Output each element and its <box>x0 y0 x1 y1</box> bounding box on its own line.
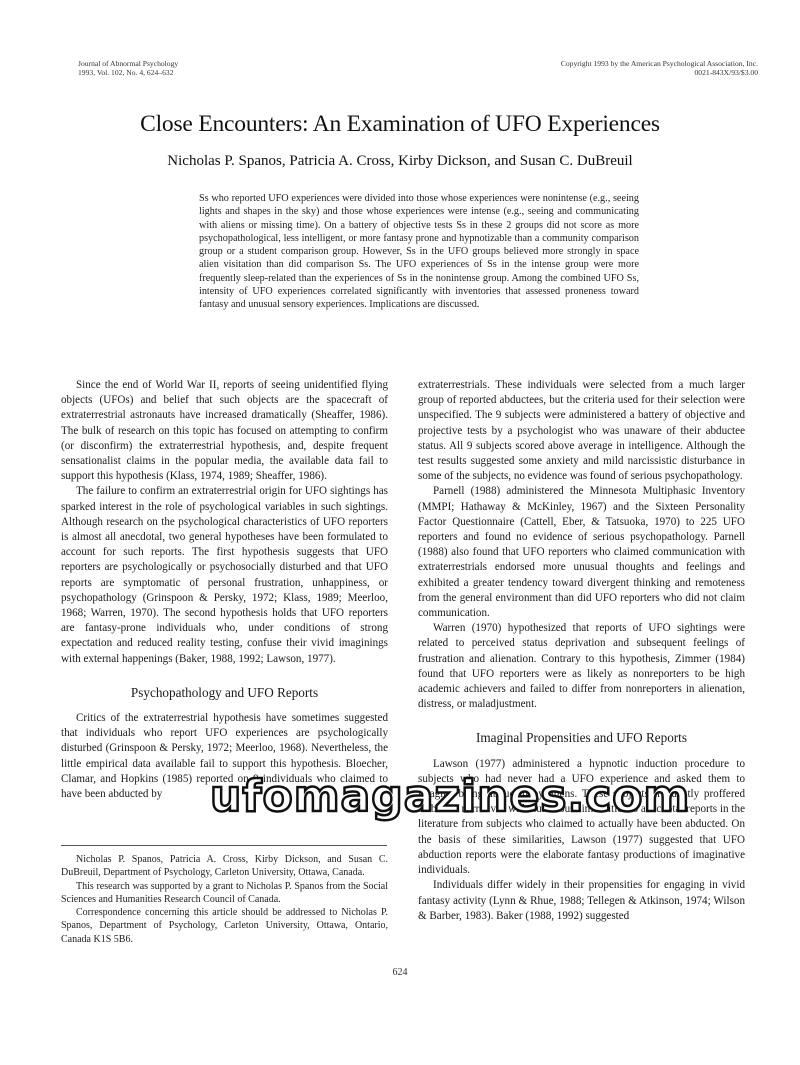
footnotes: Nicholas P. Spanos, Patricia A. Cross, K… <box>61 853 388 946</box>
watermark: ufomagazines.com <box>210 775 690 819</box>
journal-citation: Journal of Abnormal Psychology 1993, Vol… <box>78 60 178 77</box>
footnote-funding: This research was supported by a grant t… <box>61 880 388 907</box>
article-title: Close Encounters: An Examination of UFO … <box>0 111 800 138</box>
footnote-correspondence: Correspondence concerning this article s… <box>61 906 388 946</box>
footnote-affiliation: Nicholas P. Spanos, Patricia A. Cross, K… <box>61 853 388 880</box>
paragraph: Individuals differ widely in their prope… <box>418 878 745 924</box>
paragraph: Since the end of World War II, reports o… <box>61 378 388 484</box>
copyright-notice: Copyright 1993 by the American Psycholog… <box>561 60 758 77</box>
journal-volume: 1993, Vol. 102, No. 4, 624–632 <box>78 69 178 78</box>
paragraph: extraterrestrials. These individuals wer… <box>418 378 745 484</box>
abstract: Ss who reported UFO experiences were div… <box>199 192 639 312</box>
section-heading: Imaginal Propensities and UFO Reports <box>418 730 745 745</box>
paragraph: Warren (1970) hypothesized that reports … <box>418 621 745 712</box>
author-list: Nicholas P. Spanos, Patricia A. Cross, K… <box>0 153 800 170</box>
page-number: 624 <box>0 967 800 978</box>
right-column: extraterrestrials. These individuals wer… <box>418 378 745 924</box>
footnote-divider <box>61 845 387 846</box>
issn-code: 0021-843X/93/$3.00 <box>561 69 758 78</box>
paragraph: The failure to confirm an extraterrestri… <box>61 484 388 666</box>
section-heading: Psychopathology and UFO Reports <box>61 685 388 700</box>
paragraph: Parnell (1988) administered the Minnesot… <box>418 484 745 621</box>
left-column: Since the end of World War II, reports o… <box>61 378 388 802</box>
